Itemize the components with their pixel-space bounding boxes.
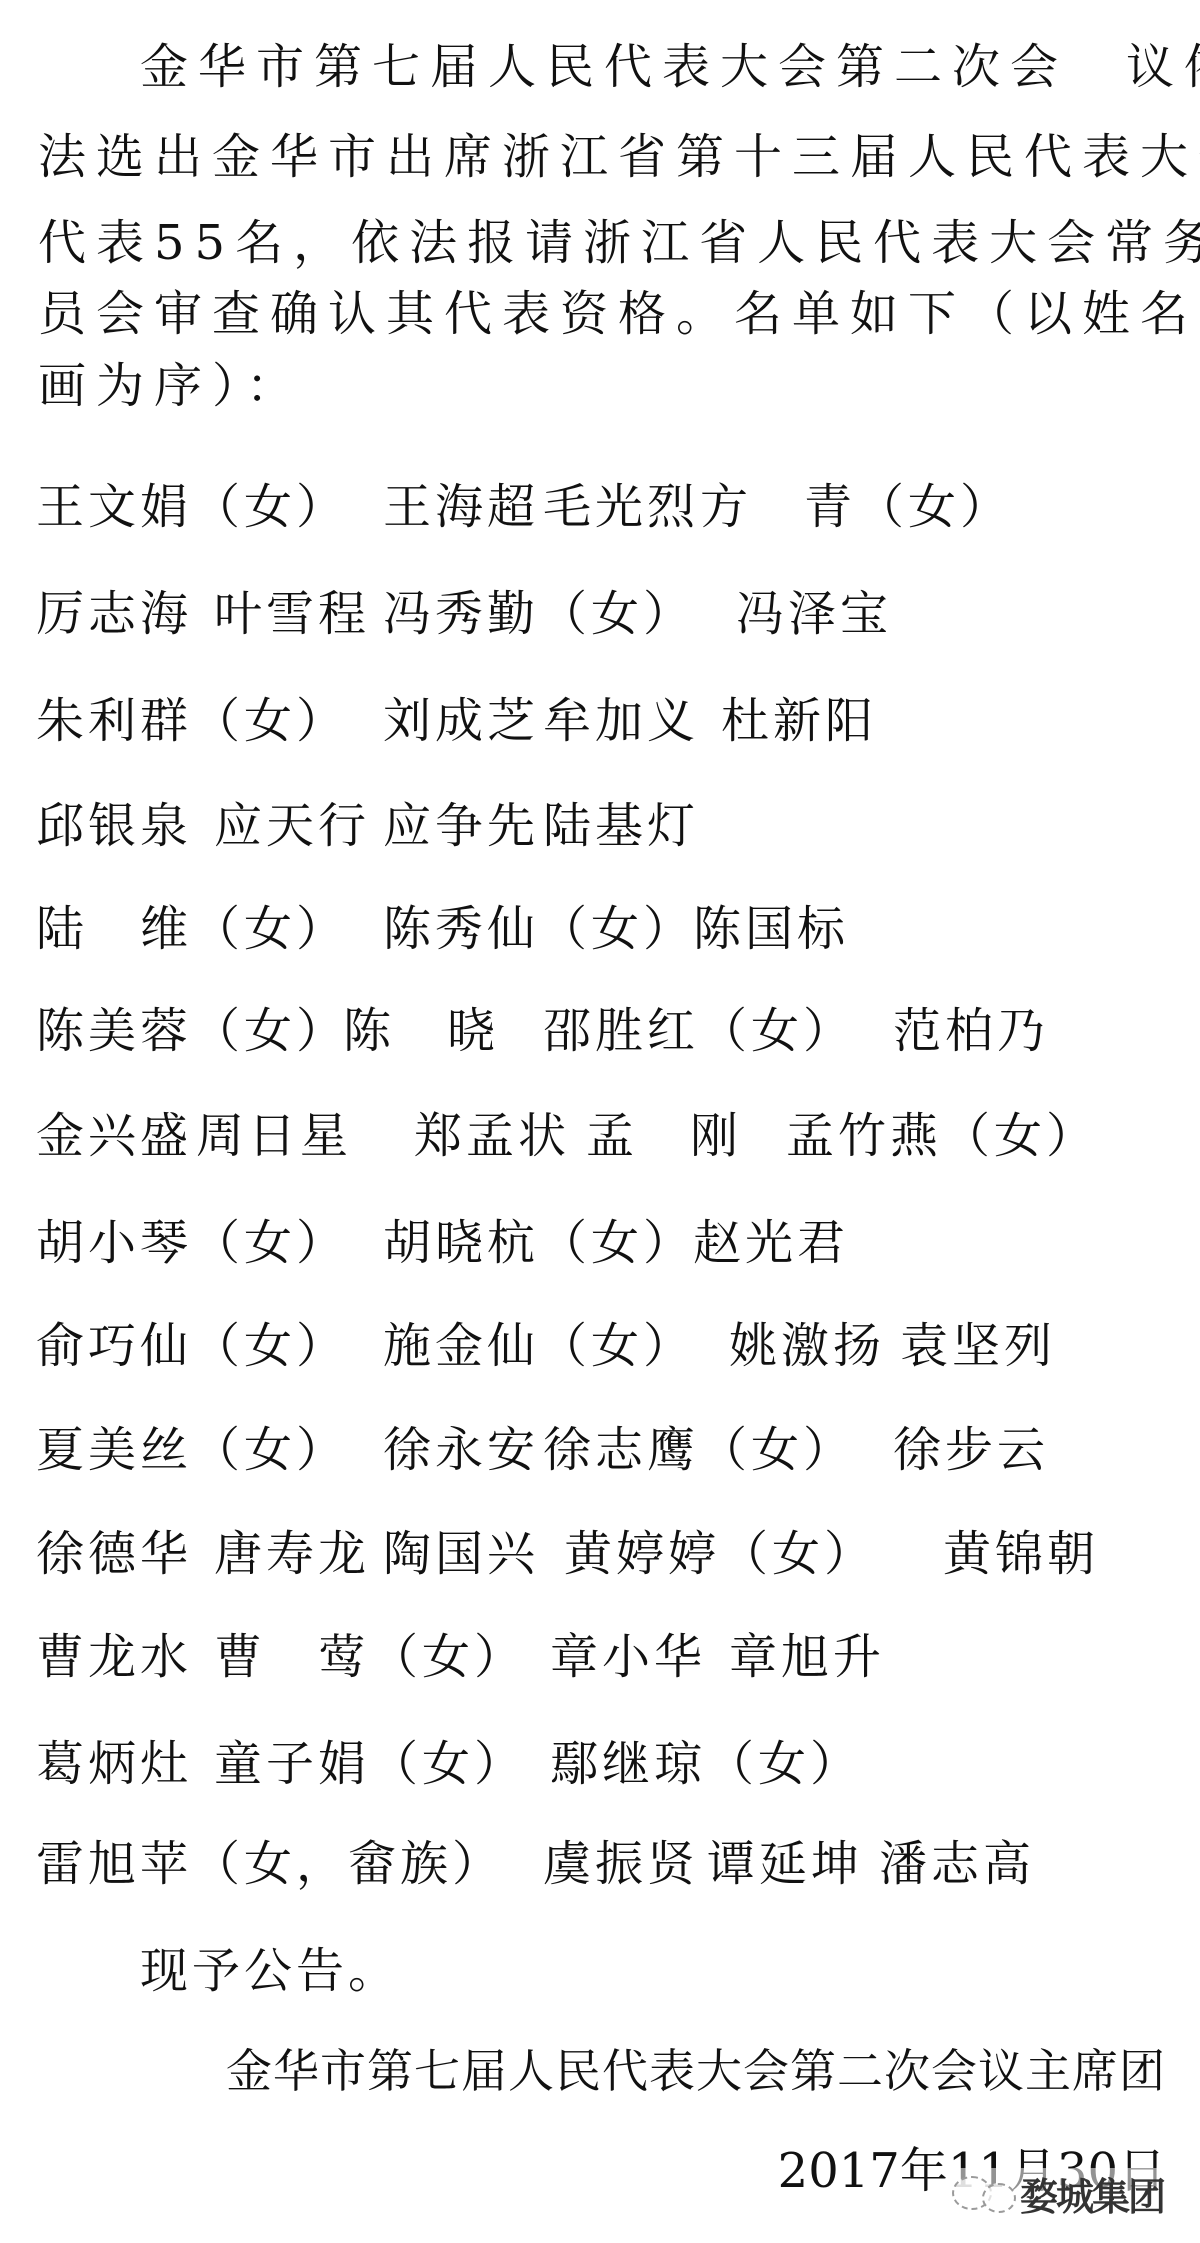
representative-name: 范柏乃 (893, 1001, 1049, 1061)
representative-name: 葛炳灶 (36, 1734, 192, 1794)
representative-name: 徐志鹰（女） (543, 1420, 855, 1480)
representative-name: 应天行 (214, 796, 370, 856)
name-row: 陈美蓉（女）陈 晓邵胜红（女）范柏乃 (0, 1001, 1200, 1061)
intro-line-5: 画为序）： (38, 356, 304, 416)
representative-name: 郑孟状 (414, 1106, 570, 1166)
representative-name: 曹龙水 (36, 1627, 192, 1687)
representative-name: 应争先 (383, 796, 539, 856)
representative-name: 冯秀勤（女） (383, 584, 695, 644)
wechat-logo-icon-secondary (982, 2183, 1016, 2213)
representative-name: 徐德华 (36, 1524, 192, 1584)
representative-name: 袁坚列 (900, 1316, 1056, 1376)
name-row: 葛炳灶童子娟（女）鄢继琼（女） (0, 1734, 1200, 1794)
name-row: 王文娟（女）王海超毛光烈方 青（女） (0, 477, 1200, 537)
intro-line-3: 代表55名，依法报请浙江省人民代表大会常务委 (38, 213, 1168, 273)
representative-name: 陆基灯 (543, 796, 699, 856)
representative-name: 雷旭苹（女，畲族） (36, 1834, 504, 1894)
name-row: 胡小琴（女）胡晓杭（女）赵光君 (0, 1213, 1200, 1273)
representative-name: 周日星 (196, 1106, 352, 1166)
representative-name: 施金仙（女） (383, 1316, 695, 1376)
representative-name: 朱利群（女） (36, 691, 348, 751)
representative-name: 鄢继琼（女） (550, 1734, 862, 1794)
representative-name: 方 青（女） (700, 477, 1012, 537)
representative-name: 孟 刚 (586, 1106, 742, 1166)
representative-name: 姚激扬 (729, 1316, 885, 1376)
representative-name: 孟竹燕（女） (786, 1106, 1098, 1166)
name-row: 陆 维（女）陈秀仙（女）陈国标 (0, 899, 1200, 959)
representative-name: 厉志海 (36, 584, 192, 644)
name-row: 俞巧仙（女）施金仙（女）姚激扬袁坚列 (0, 1316, 1200, 1376)
closing-statement: 现予公告。 (140, 1941, 400, 2001)
representative-name: 胡小琴（女） (36, 1213, 348, 1273)
representative-name: 黄婷婷（女） (564, 1524, 876, 1584)
name-row: 金兴盛周日星郑孟状孟 刚孟竹燕（女） (0, 1106, 1200, 1166)
representative-name: 王海超 (383, 477, 539, 537)
representative-name: 陈美蓉（女） (36, 1001, 348, 1061)
representative-name: 曹 莺（女） (214, 1627, 526, 1687)
name-row: 曹龙水曹 莺（女）章小华章旭升 (0, 1627, 1200, 1687)
representative-name: 陶国兴 (383, 1524, 539, 1584)
representative-name: 黄锦朝 (943, 1524, 1099, 1584)
intro-line-2: 法选出金华市出席浙江省第十三届人民代表大会 (38, 127, 1168, 187)
representative-name: 徐步云 (893, 1420, 1049, 1480)
representative-name: 童子娟（女） (214, 1734, 526, 1794)
intro-line-1: 金华市第七届人民代表大会第二次会 议依 (140, 37, 1168, 97)
representative-name: 金兴盛 (36, 1106, 192, 1166)
representative-name: 俞巧仙（女） (36, 1316, 348, 1376)
name-row: 邱银泉应天行应争先陆基灯 (0, 796, 1200, 856)
representative-name: 叶雪程 (214, 584, 370, 644)
announcement-page: 金华市第七届人民代表大会第二次会 议依 法选出金华市出席浙江省第十三届人民代表大… (0, 0, 1200, 2243)
wechat-watermark: 婺城集团 (950, 2168, 1166, 2218)
representative-name: 毛光烈 (543, 477, 699, 537)
representative-name: 邵胜红（女） (543, 1001, 855, 1061)
name-row: 夏美丝（女）徐永安徐志鹰（女）徐步云 (0, 1420, 1200, 1480)
representative-name: 徐永安 (383, 1420, 539, 1480)
name-row: 厉志海叶雪程冯秀勤（女）冯泽宝 (0, 584, 1200, 644)
representative-name: 赵光君 (693, 1213, 849, 1273)
representative-name: 邱银泉 (36, 796, 192, 856)
representative-name: 胡晓杭（女） (383, 1213, 695, 1273)
representative-name: 冯泽宝 (736, 584, 892, 644)
representative-name: 杜新阳 (721, 691, 877, 751)
name-row: 雷旭苹（女，畲族）虞振贤谭延坤潘志高 (0, 1834, 1200, 1894)
intro-line-4: 员会审查确认其代表资格。名单如下（以姓名笔 (38, 284, 1168, 344)
representative-name: 夏美丝（女） (36, 1420, 348, 1480)
representative-name: 章旭升 (729, 1627, 885, 1687)
issuer-signature: 金华市第七届人民代表大会第二次会议主席团 (226, 2041, 1166, 2101)
representative-name: 牟加义 (543, 691, 699, 751)
representative-name: 潘志高 (879, 1834, 1035, 1894)
representative-name: 谭延坤 (707, 1834, 863, 1894)
representative-name: 章小华 (550, 1627, 706, 1687)
representative-name: 陈国标 (693, 899, 849, 959)
representative-name: 陈秀仙（女） (383, 899, 695, 959)
name-row: 朱利群（女）刘成芝牟加义杜新阳 (0, 691, 1200, 751)
representative-name: 王文娟（女） (36, 477, 348, 537)
representative-name: 刘成芝 (383, 691, 539, 751)
representative-name: 虞振贤 (543, 1834, 699, 1894)
representative-name: 唐寿龙 (214, 1524, 370, 1584)
name-row: 徐德华唐寿龙陶国兴黄婷婷（女）黄锦朝 (0, 1524, 1200, 1584)
representative-name: 陆 维（女） (36, 899, 348, 959)
watermark-text: 婺城集团 (1020, 2166, 1164, 2221)
representative-name: 陈 晓 (343, 1001, 499, 1061)
